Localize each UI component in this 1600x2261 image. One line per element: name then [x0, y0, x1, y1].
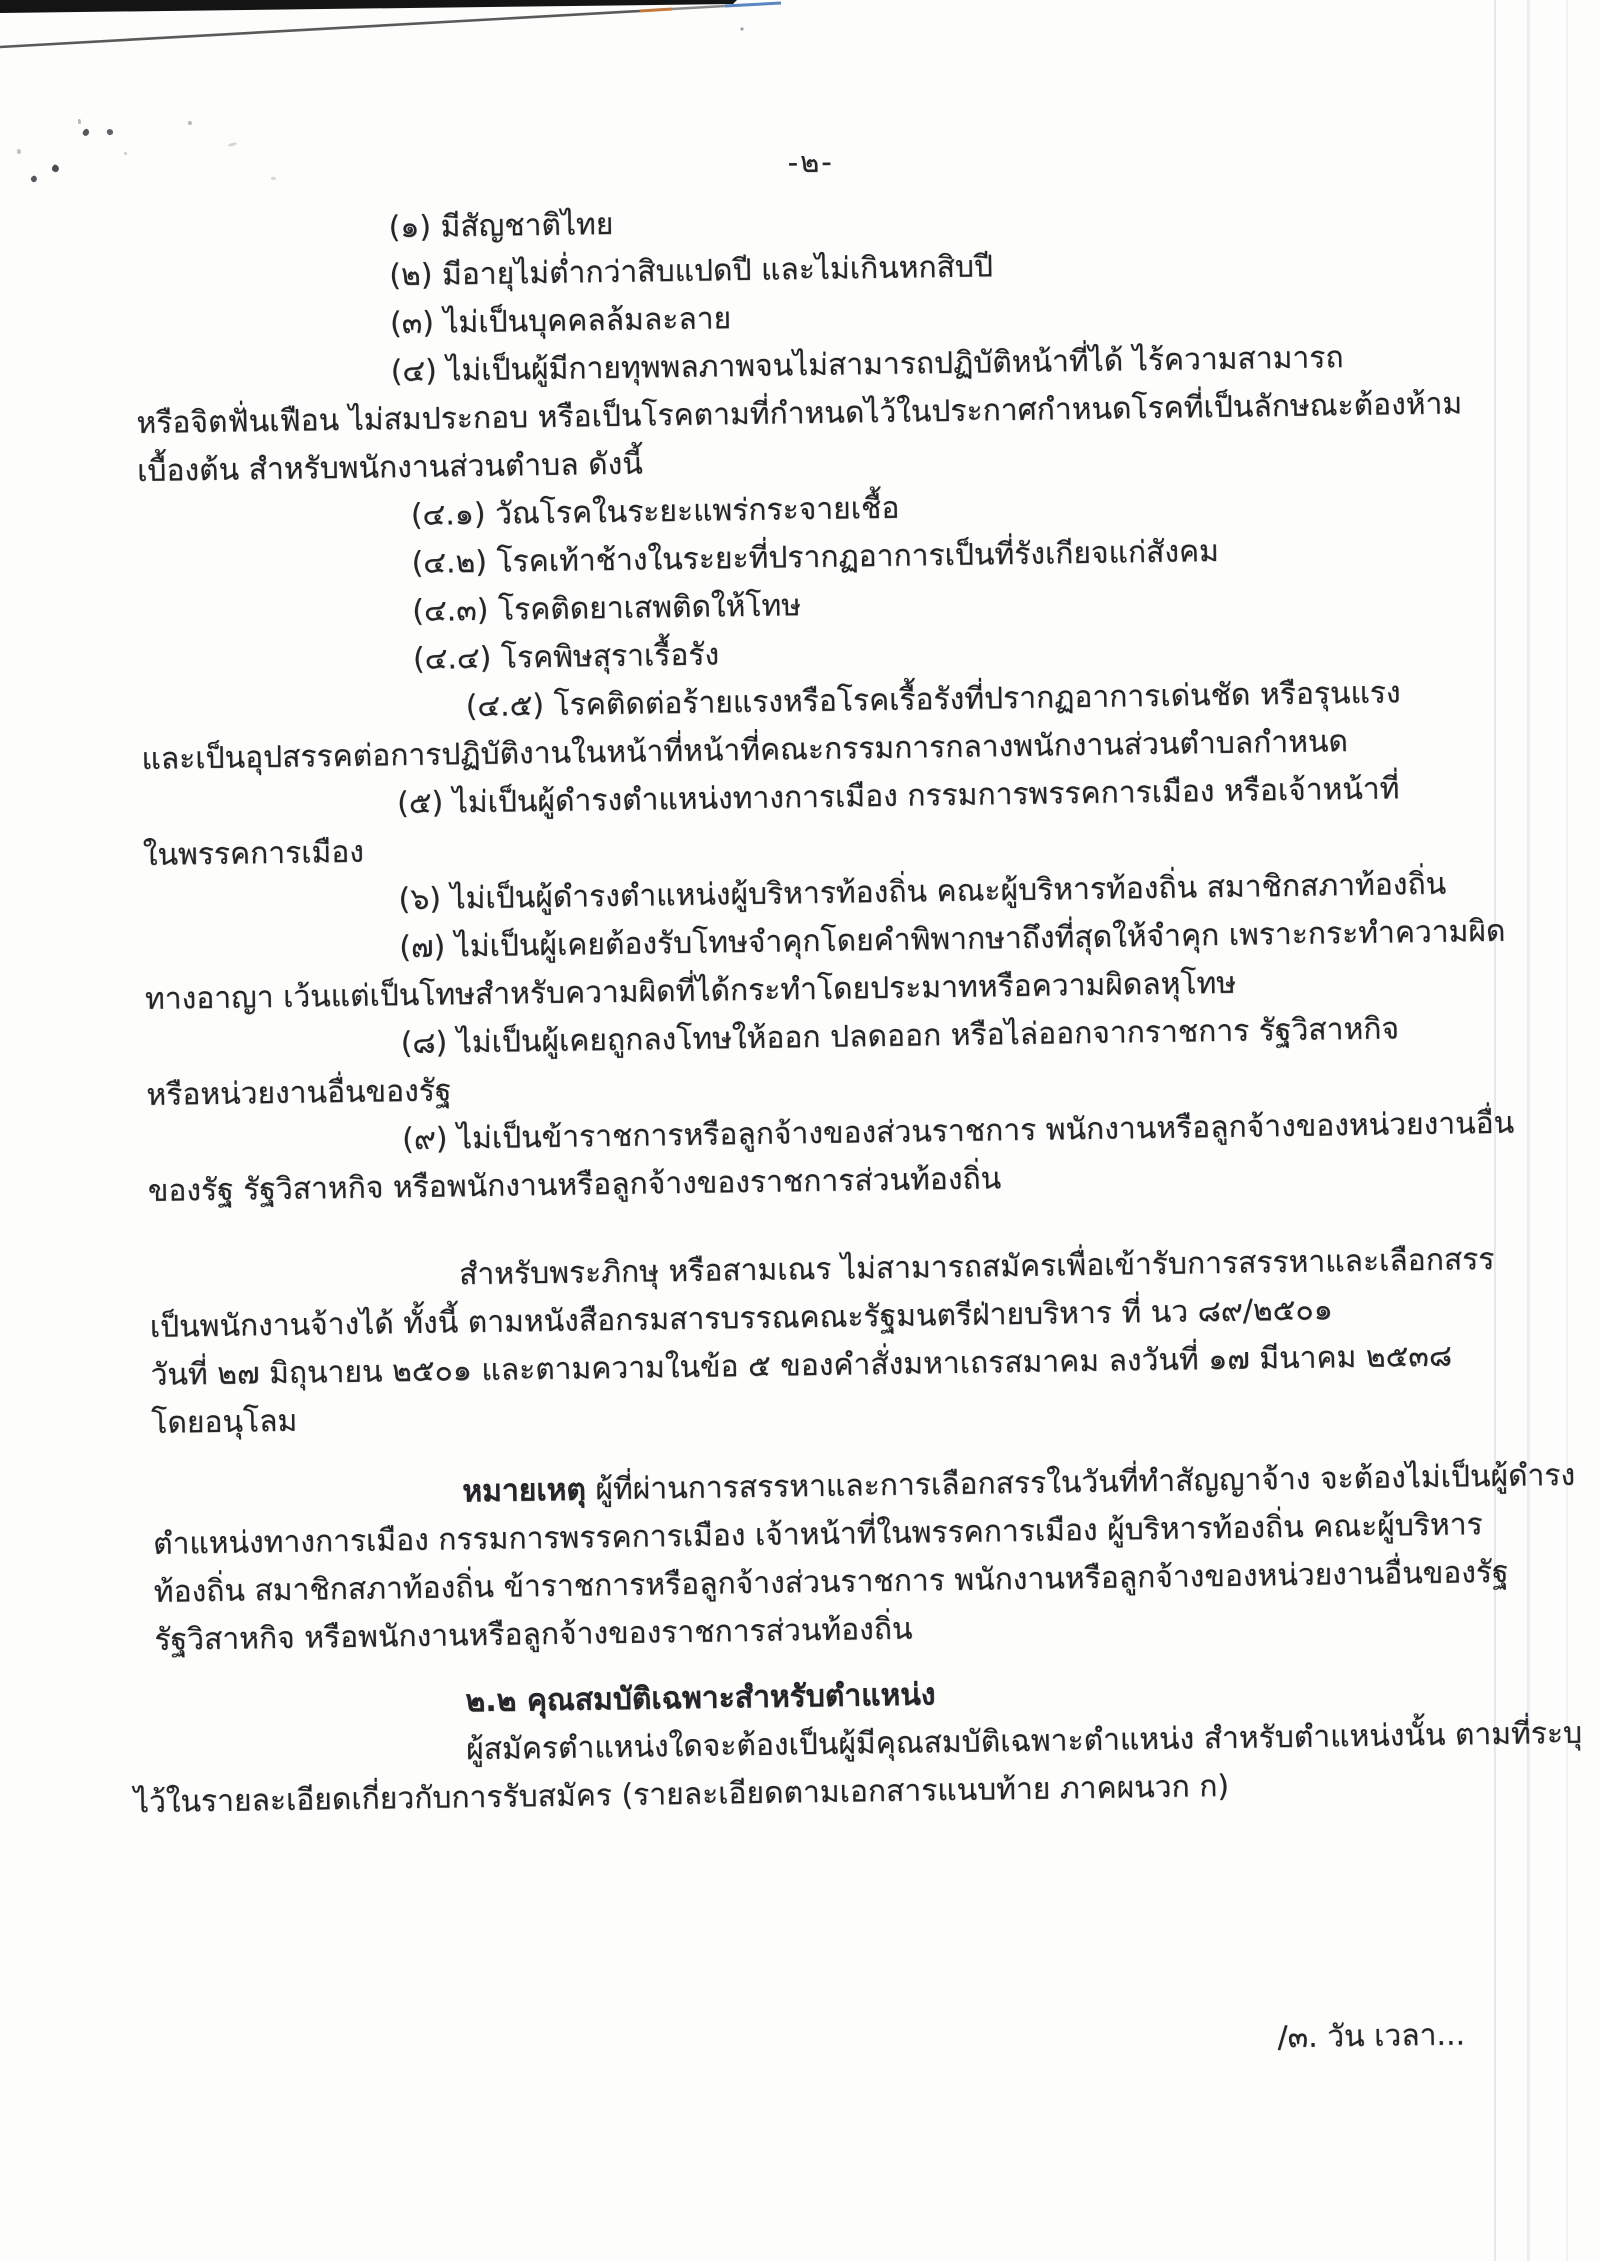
text-line-1: (๑) มีสัญชาติไทย [388, 203, 613, 250]
text-line-22: สำหรับพระภิกษุ หรือสามเณร ไม่สามารถสมัคร… [459, 1238, 1495, 1297]
text-line-13: (๕) ไม่เป็นผู้ดำรงตำแหน่งทางการเมือง กรร… [397, 767, 1400, 826]
text-line-19: หรือหน่วยงานอื่นของรัฐ [146, 1069, 452, 1118]
text-line-30: ๒.๒ คุณสมบัติเฉพาะสำหรับตำแหน่ง [465, 1673, 936, 1724]
text-line-29: รัฐวิสาหกิจ หรือพนักงานหรือลูกจ้างของราช… [154, 1608, 913, 1663]
page-number: -๒- [787, 140, 834, 185]
text-line-14: ในพรรคการเมือง [143, 831, 365, 878]
text-line-9: (๔.๓) โรคติดยาเสพติดให้โทษ [412, 584, 801, 634]
text-line-7: (๔.๑) วัณโรคในระยะแพร่กระจายเชื้อ [411, 487, 900, 538]
text-line-21: ของรัฐ รัฐวิสาหกิจ หรือพนักงานหรือลูกจ้า… [148, 1157, 1002, 1214]
text-line-18: (๘) ไม่เป็นผู้เคยถูกลงโทษให้ออก ปลดออก ห… [400, 1007, 1399, 1066]
document-sheet: -๒- (๑) มีสัญชาติไทย(๒) มีอายุไม่ต่ำกว่า… [0, 0, 1600, 2261]
note-label: หมายเหตุ [462, 1472, 586, 1509]
text-line-8: (๔.๒) โรคเท้าช้างในระยะที่ปรากฏอาการเป็น… [411, 530, 1219, 586]
text-line-3: (๓) ไม่เป็นบุคคลล้มละลาย [390, 297, 732, 346]
text-line-6: เบื้องต้น สำหรับพนักงานส่วนตำบล ดังนี้ [137, 442, 643, 493]
text-line-25: โดยอนุโลม [151, 1400, 298, 1446]
text-line-10: (๔.๔) โรคพิษสุราเรื้อรัง [413, 633, 720, 682]
continuation-note: /๓. วัน เวลา... [1277, 2013, 1465, 2060]
scanned-document-page: -๒- (๑) มีสัญชาติไทย(๒) มีอายุไม่ต่ำกว่า… [0, 0, 1600, 2261]
text-line-5: หรือจิตฟั่นเฟือน ไม่สมประกอบ หรือเป็นโรค… [136, 382, 1462, 446]
document-body-text: (๑) มีสัญชาติไทย(๒) มีอายุไม่ต่ำกว่าสิบแ… [0, 0, 1585, 2]
text-line-32: ไว้ในรายละเอียดเกี่ยวกับการรับสมัคร (ราย… [134, 1765, 1230, 1825]
text-line-2: (๒) มีอายุไม่ต่ำกว่าสิบแปดปี และไม่เกินห… [389, 245, 993, 298]
text-line-20: (๙) ไม่เป็นข้าราชการหรือลูกจ้างของส่วนรา… [402, 1102, 1515, 1162]
